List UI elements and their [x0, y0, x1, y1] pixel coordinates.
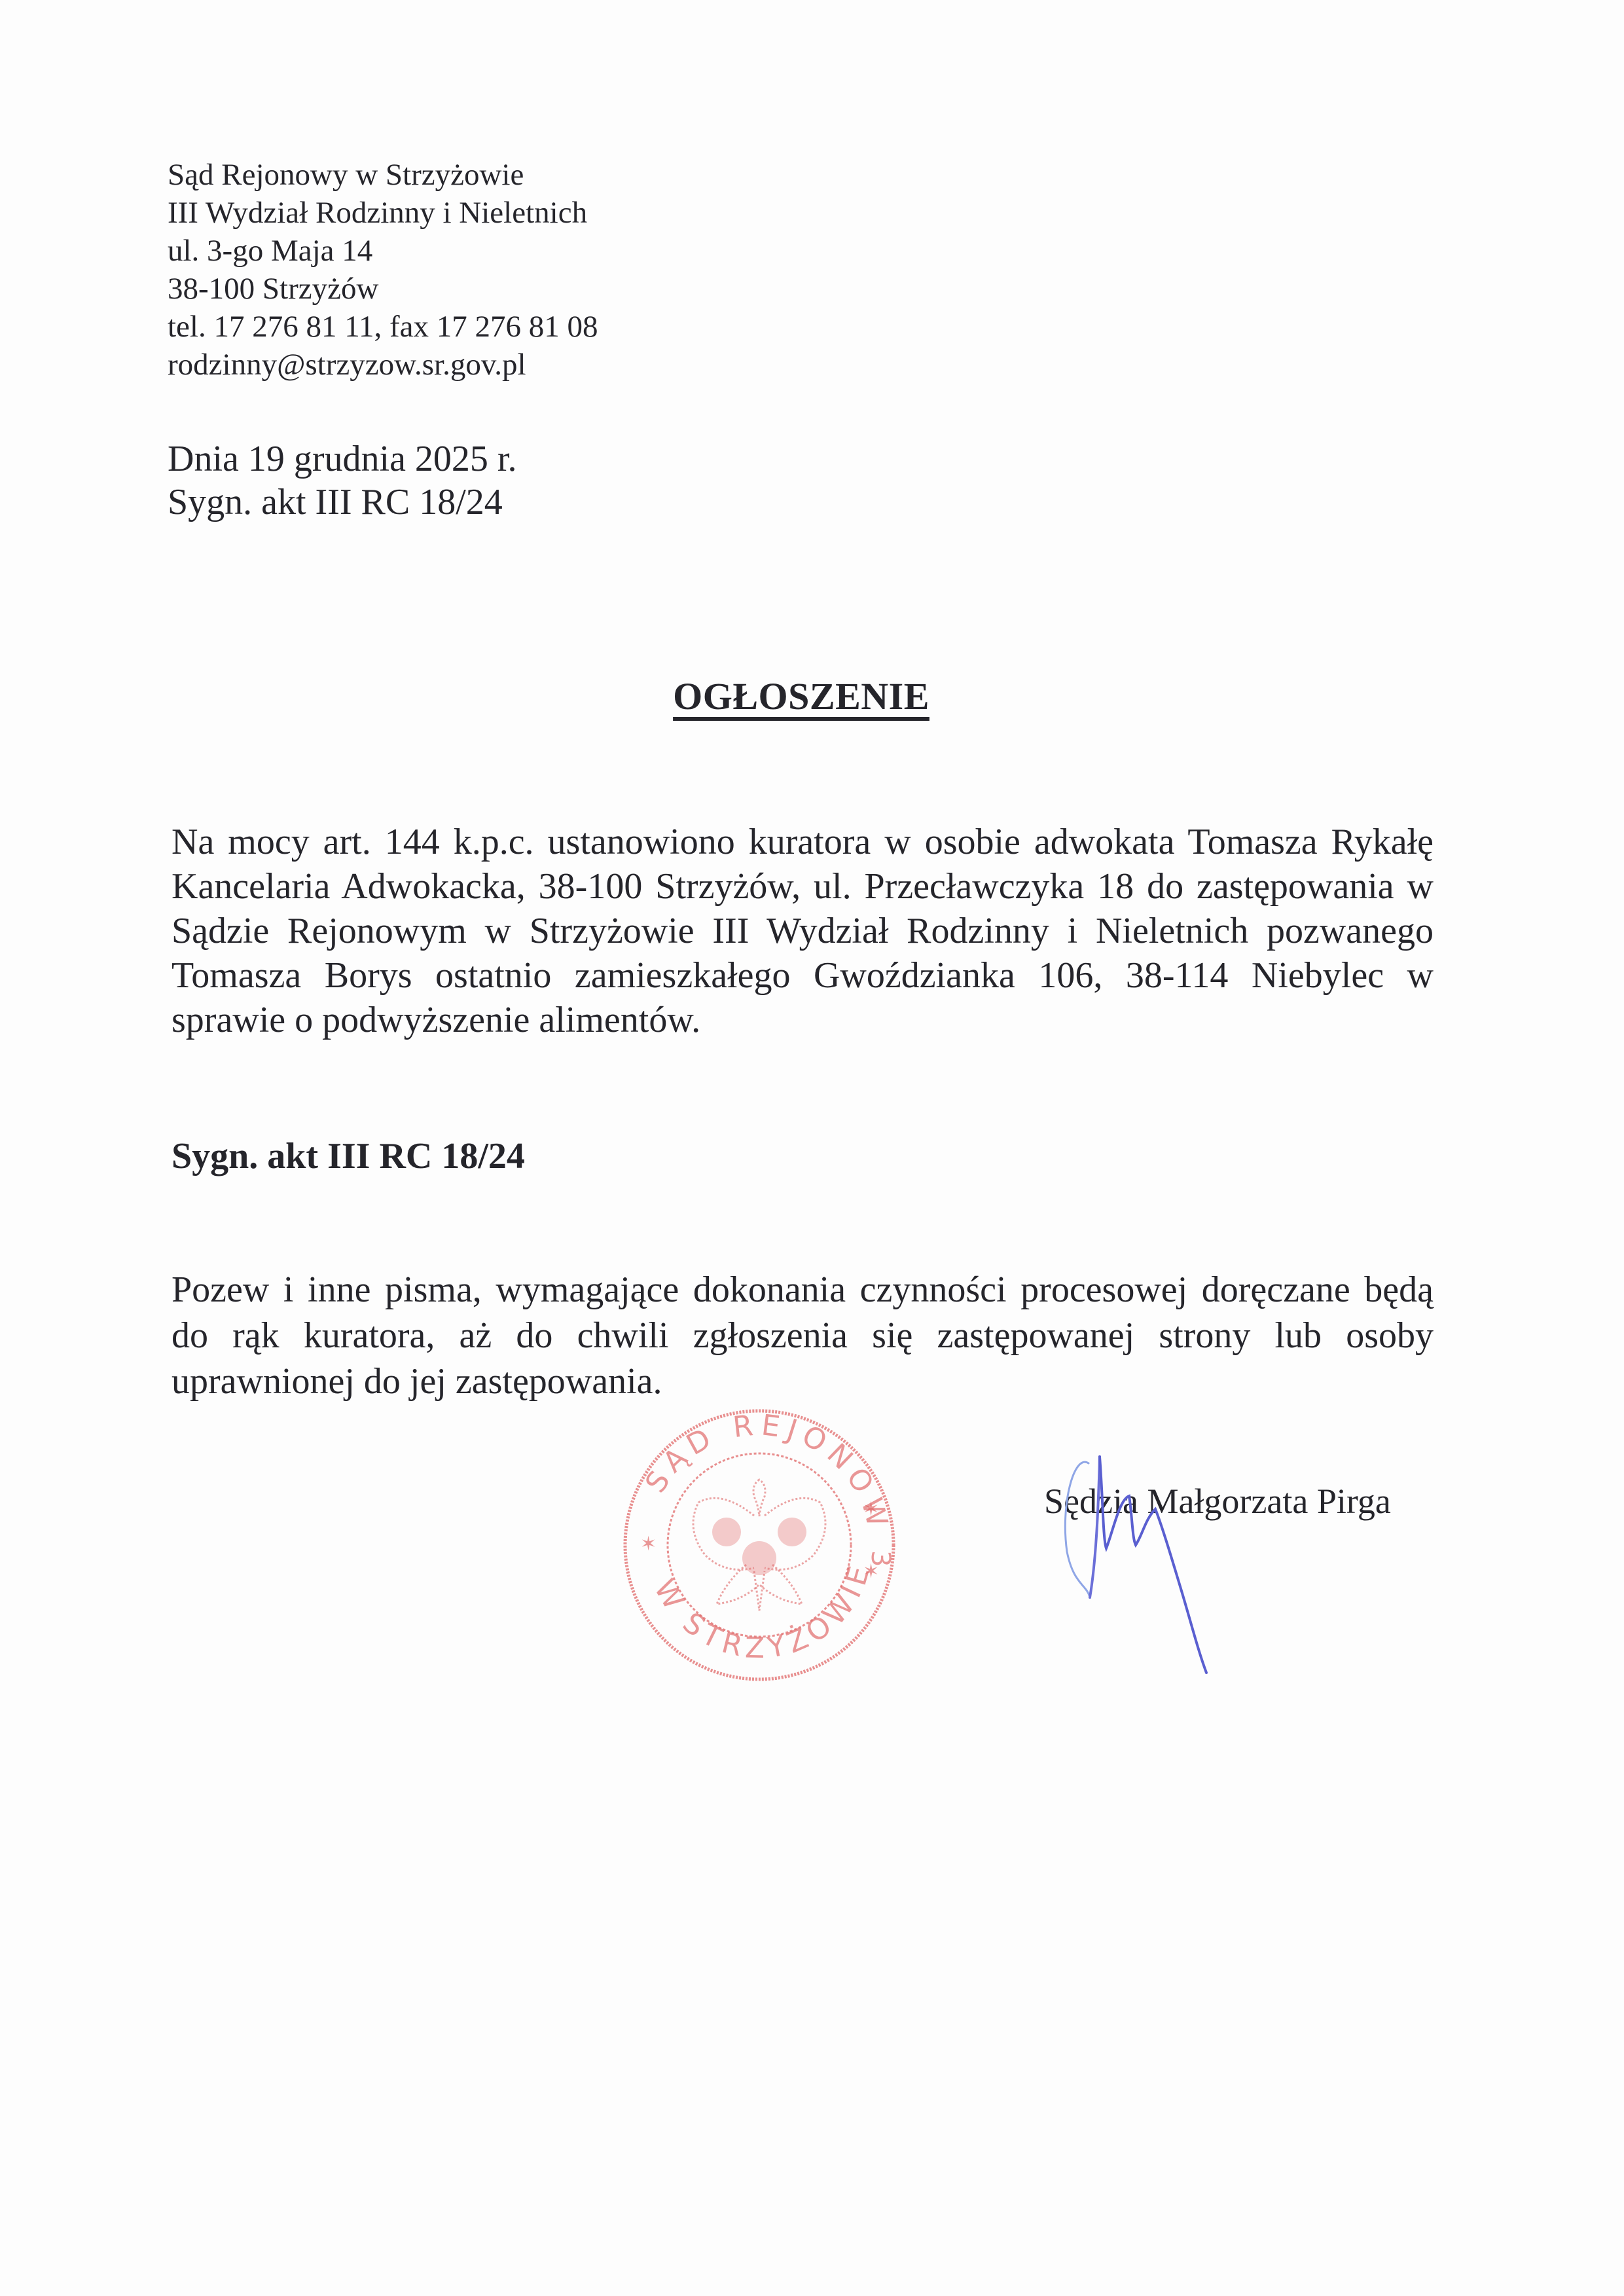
court-email: rodzinny@strzyzow.sr.gov.pl [168, 346, 598, 384]
court-city: 38-100 Strzyżów [168, 270, 598, 308]
stamp-top-text: SĄD REJONOWY [615, 1401, 895, 1537]
handwritten-signature-icon [1021, 1427, 1440, 1689]
svg-text:SĄD REJONOWY: SĄD REJONOWY [615, 1401, 895, 1537]
case-reference-bold: Sygn. akt III RC 18/24 [171, 1135, 525, 1177]
svg-text:✶: ✶ [640, 1533, 657, 1556]
case-reference: Sygn. akt III RC 18/24 [168, 481, 516, 524]
document-page: Sąd Rejonowy w Strzyżowie III Wydział Ro… [0, 0, 1624, 2296]
date-block: Dnia 19 grudnia 2025 r. Sygn. akt III RC… [168, 437, 516, 524]
document-title: OGŁOSZENIE [0, 674, 1602, 718]
court-street: ul. 3-go Maja 14 [168, 232, 598, 270]
service-paragraph: Pozew i inne pisma, wymagające dokonania… [171, 1267, 1434, 1404]
court-header: Sąd Rejonowy w Strzyżowie III Wydział Ro… [168, 156, 598, 384]
court-phone: tel. 17 276 81 11, fax 17 276 81 08 [168, 308, 598, 346]
svg-text:✶: ✶ [863, 1498, 879, 1521]
title-text: OGŁOSZENIE [673, 675, 929, 718]
judge-signature-line: Sędzia Małgorzata Pirga [1044, 1481, 1391, 1522]
announcement-paragraph: Na mocy art. 144 k.p.c. ustanowiono kura… [171, 820, 1434, 1042]
court-stamp-icon: SĄD REJONOWY W STRZYŻOWIE ✶ ✶ ✶ 3 [615, 1401, 903, 1689]
court-division: III Wydział Rodzinny i Nieletnich [168, 194, 598, 232]
document-date: Dnia 19 grudnia 2025 r. [168, 437, 516, 481]
stamp-number: 3 [865, 1550, 895, 1567]
court-name: Sąd Rejonowy w Strzyżowie [168, 156, 598, 194]
